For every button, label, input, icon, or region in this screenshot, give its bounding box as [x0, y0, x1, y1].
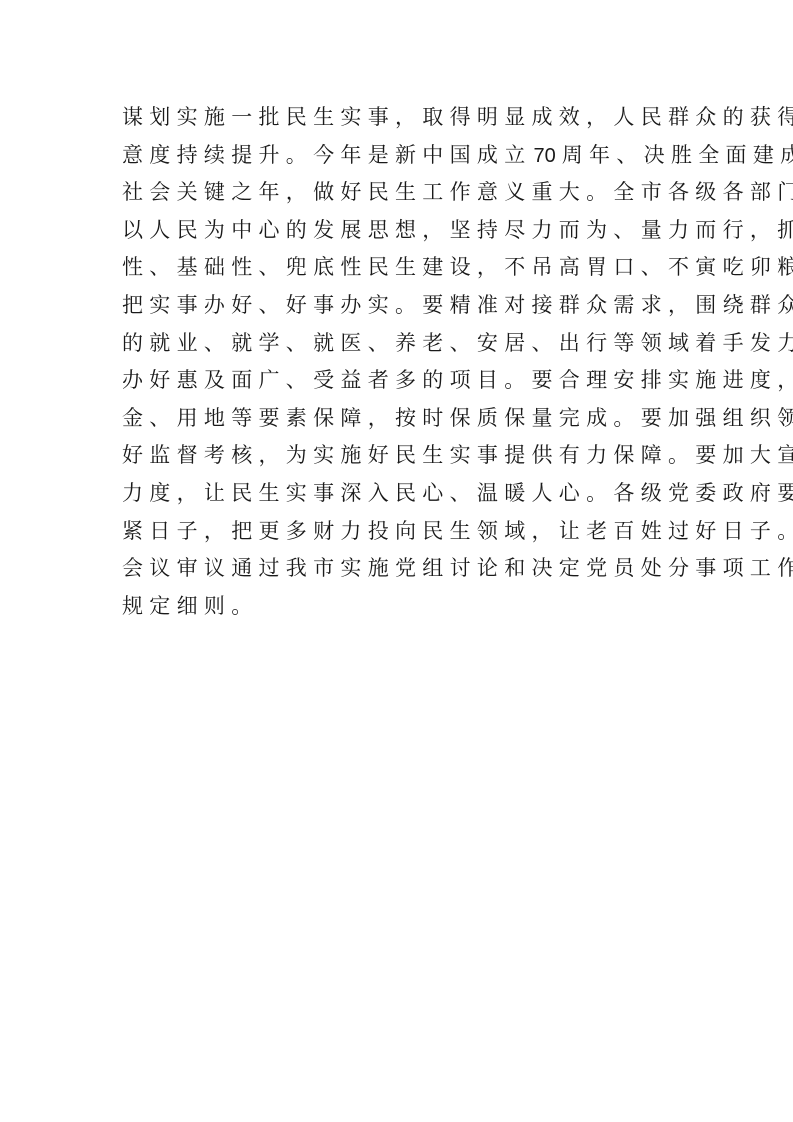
text-line: 会议审议通过我市实施党组讨论和决定党员处分事项工作程序 — [122, 550, 682, 588]
paragraph-livelihood-projects: 谋划实施一批民生实事，取得明显成效，人民群众的获得感和满 意度持续提升。今年是新… — [122, 99, 682, 550]
document-body: 谋划实施一批民生实事，取得明显成效，人民群众的获得感和满 意度持续提升。今年是新… — [122, 99, 682, 625]
text-segment: 意度持续提升。今年是新中国成立 — [122, 143, 532, 167]
text-line: 社会关键之年，做好民生工作意义重大。全市各级各部门要贯彻 — [122, 174, 682, 212]
text-line: 规定细则。 — [122, 588, 682, 626]
text-line: 紧日子，把更多财力投向民生领域，让老百姓过好日子。 — [122, 513, 682, 551]
text-line: 金、用地等要素保障，按时保质保量完成。要加强组织领导，抓 — [122, 400, 682, 438]
text-line: 力度，让民生实事深入民心、温暖人心。各级党委政府要带头过 — [122, 475, 682, 513]
document-page: 谋划实施一批民生实事，取得明显成效，人民群众的获得感和满 意度持续提升。今年是新… — [0, 0, 793, 1122]
anniversary-number: 70 — [534, 145, 556, 167]
text-segment: 周年、决胜全面建成小康 — [562, 143, 793, 167]
text-line: 好监督考核，为实施好民生实事提供有力保障。要加大宣传引导 — [122, 437, 682, 475]
text-line: 以人民为中心的发展思想，坚持尽力而为、量力而行，抓好普惠 — [122, 212, 682, 250]
text-line: 把实事办好、好事办实。要精准对接群众需求，围绕群众最关心 — [122, 287, 682, 325]
text-line: 办好惠及面广、受益者多的项目。要合理安排实施进度，强化资 — [122, 362, 682, 400]
paragraph-meeting-resolution: 会议审议通过我市实施党组讨论和决定党员处分事项工作程序 规定细则。 — [122, 550, 682, 625]
text-line: 意度持续提升。今年是新中国成立70周年、决胜全面建成小康 — [122, 137, 682, 175]
text-line: 谋划实施一批民生实事，取得明显成效，人民群众的获得感和满 — [122, 99, 682, 137]
text-line: 的就业、就学、就医、养老、安居、出行等领域着手发力，优先 — [122, 325, 682, 363]
text-line: 性、基础性、兜底性民生建设，不吊高胃口、不寅吃卯粮，努力 — [122, 249, 682, 287]
